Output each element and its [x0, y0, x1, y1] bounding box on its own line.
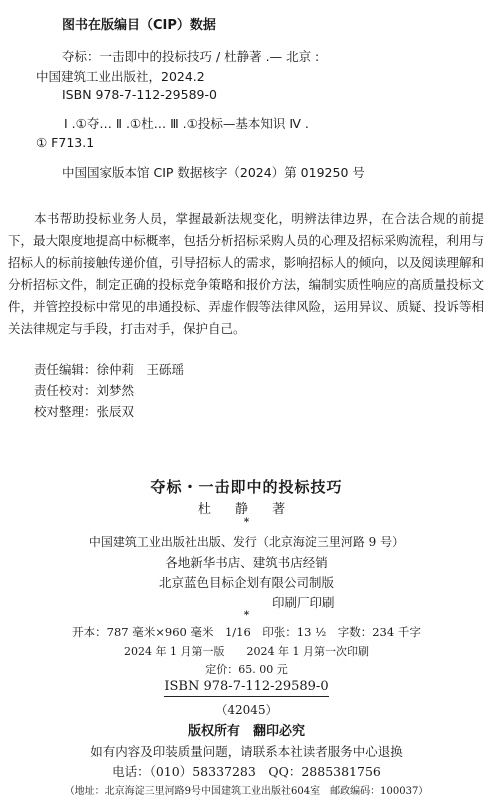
service-notice: 如有内容及印装质量问题，请联系本社读者服务中心退换: [0, 742, 493, 760]
colophon-edition: 2024 年 1 月第一版 2024 年 1 月第一次印刷: [0, 643, 493, 659]
colophon-typesetter: 北京蓝色目标企划有限公司制版: [0, 573, 493, 591]
staff-role: 责任校对：: [34, 383, 97, 398]
cip-class-number: ① F713.1: [36, 135, 94, 150]
staff-proof-organizer: 校对整理：张辰双: [34, 402, 134, 420]
staff-role: 校对整理：: [34, 404, 97, 419]
colophon-author: 杜 静 著: [0, 498, 493, 517]
cip-record-number: 中国国家版本馆 CIP 数据核字（2024）第 019250 号: [62, 163, 365, 181]
cip-isbn-line: ISBN 978-7-112-29589-0: [62, 87, 217, 102]
colophon-printer: 印刷厂印刷: [272, 593, 335, 611]
staff-role: 责任编辑：: [34, 362, 97, 377]
colophon-price: 定价：65. 00 元: [0, 661, 493, 677]
address-info: （地址：北京海淀三里河路9号中国建筑工业出版社604室 邮政编码：100037）: [0, 782, 493, 797]
book-description: 本书帮助投标业务人员，掌握最新法规变化，明辨法律边界，在合法合规的前提下，最大限…: [8, 208, 484, 340]
staff-names: 刘梦然: [97, 383, 135, 398]
staff-editor: 责任编辑：徐仲莉 王砾瑶: [34, 360, 184, 378]
isbn-text: ISBN 978-7-112-29589-0: [164, 679, 328, 697]
cip-classification-line: Ⅰ .①夺… Ⅱ .①杜… Ⅲ .①投标—基本知识 Ⅳ .: [64, 114, 309, 132]
copyright-notice: 版权所有 翻印必究: [0, 720, 493, 739]
separator-star: *: [0, 610, 493, 621]
staff-names: 徐仲莉 王砾瑶: [97, 362, 185, 377]
colophon-format: 开本：787 毫米×960 毫米 1/16 印张：13 ½ 字数：234 千字: [0, 624, 493, 640]
colophon-distributor: 各地新华书店、建筑书店经销: [0, 553, 493, 571]
contact-info: 电话：（010）58337283 QQ：2885381756: [0, 762, 493, 780]
staff-proofreader: 责任校对：刘梦然: [34, 381, 134, 399]
cip-heading: 图书在版编目（CIP）数据: [62, 14, 216, 33]
staff-names: 张辰双: [97, 404, 135, 419]
colophon-publisher: 中国建筑工业出版社出版、发行（北京海淀三里河路 9 号）: [0, 533, 493, 550]
cip-title-line: 夺标：一击即中的投标技巧 / 杜静著 .— 北京 :: [62, 47, 319, 65]
colophon-title: 夺标・一击即中的投标技巧: [0, 476, 493, 497]
colophon-isbn: ISBN 978-7-112-29589-0: [0, 679, 493, 694]
separator-star: *: [0, 517, 493, 528]
colophon-code: （42045）: [0, 701, 493, 718]
cip-publisher-line: 中国建筑工业出版社，2024.2: [36, 67, 205, 85]
